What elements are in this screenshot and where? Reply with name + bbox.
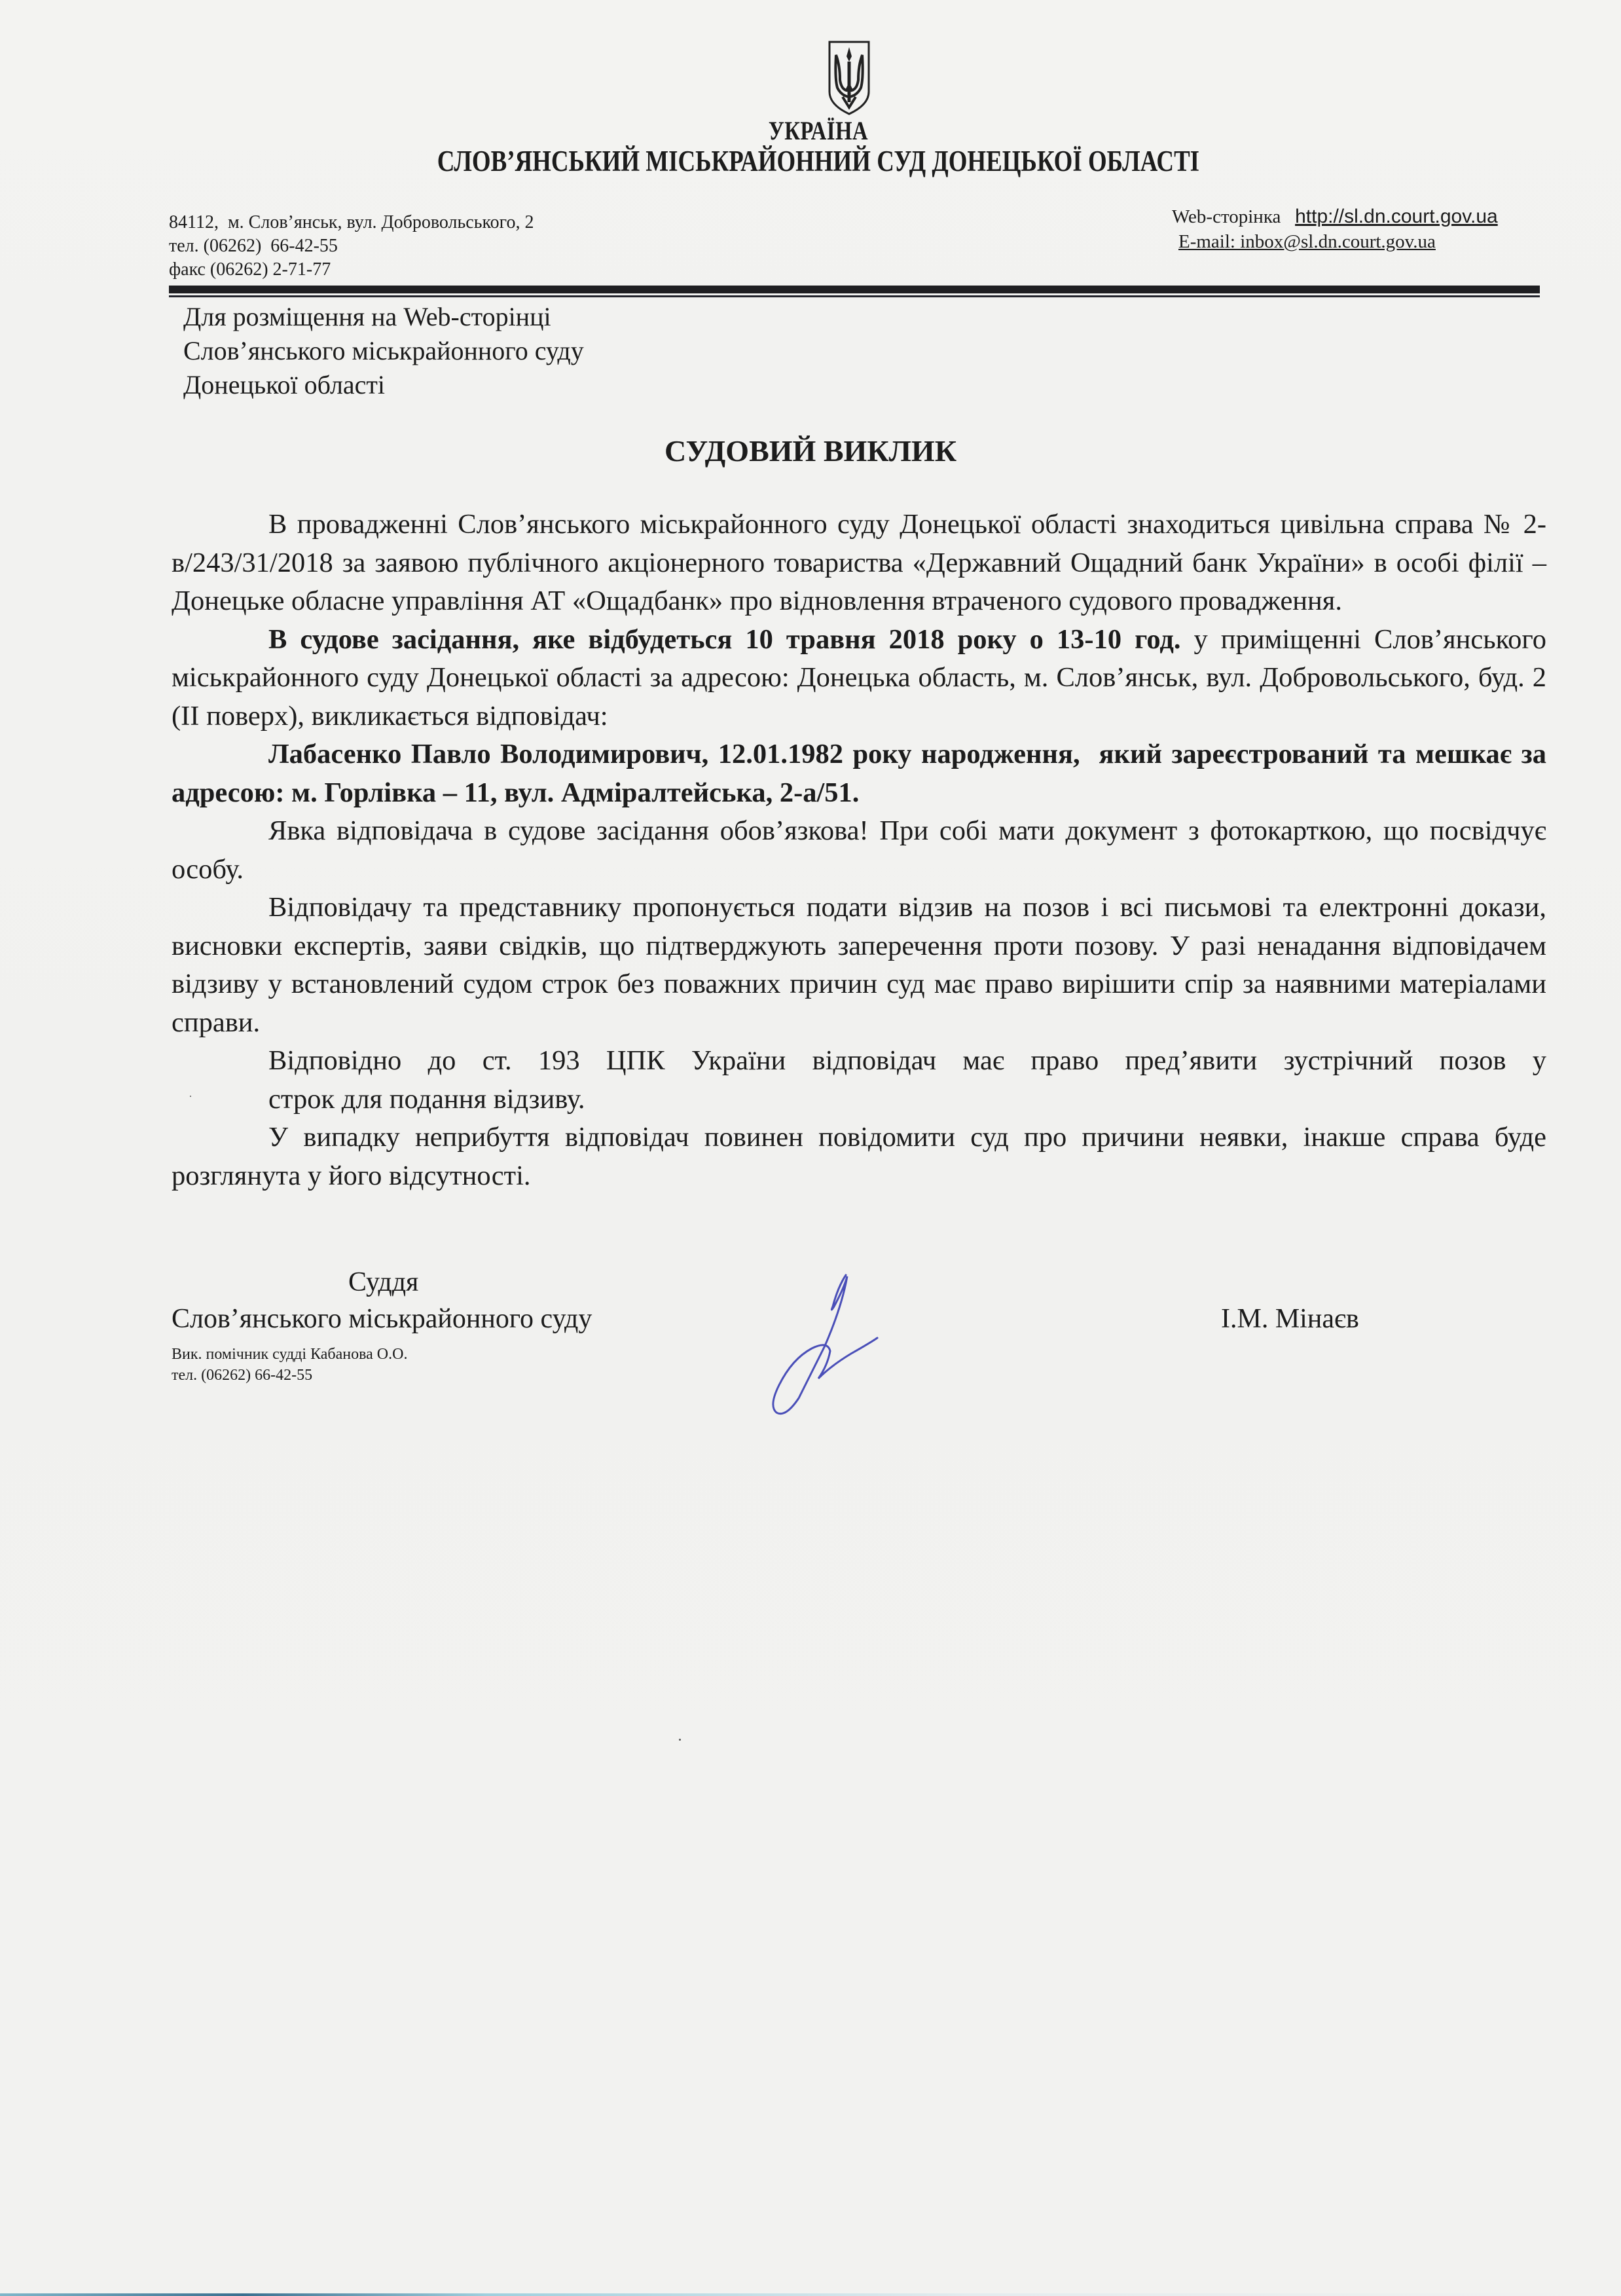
paragraph-response: Відповідачу та представнику пропонується… xyxy=(172,889,1546,1042)
court-phone: тел. (06262) 66-42-55 xyxy=(169,234,534,258)
paragraph-defendant: Лабасенко Павло Володимирович, 12.01.198… xyxy=(172,735,1546,812)
assistant-info: Вик. помічник судді Кабанова О.О. тел. (… xyxy=(172,1344,407,1386)
country-heading: УКРАЇНА xyxy=(154,115,1483,146)
scan-edge xyxy=(0,2293,1621,2296)
document-title: СУДОВИЙ ВИКЛИК xyxy=(0,434,1621,468)
judge-name: І.М. Мінаєв xyxy=(1221,1303,1359,1335)
judge-court: Слов’янського міськрайонного суду xyxy=(172,1303,592,1335)
recipient-line: Донецької області xyxy=(183,368,584,402)
assistant-phone: тел. (06262) 66-42-55 xyxy=(172,1365,407,1386)
paragraph-case-info: В провадженні Слов’янського міськрайонно… xyxy=(172,506,1546,621)
ukraine-trident-coat-of-arms-icon xyxy=(827,39,871,117)
assistant-name: Вик. помічник судді Кабанова О.О. xyxy=(172,1344,407,1365)
document-body: В провадженні Слов’янського міськрайонно… xyxy=(172,506,1546,1195)
paragraph-hearing: В судове засідання, яке відбудеться 10 т… xyxy=(172,621,1546,736)
paragraph-attendance: Явка відповідача в судове засідання обов… xyxy=(172,812,1546,889)
web-row: Web-сторінка http://sl.dn.court.gov.ua xyxy=(1172,204,1498,229)
recipient-block: Для розміщення на Web-сторінці Слов’янсь… xyxy=(183,300,584,402)
recipient-line: Для розміщення на Web-сторінці xyxy=(183,300,584,334)
counterclaim-line-2: строк для подання відзиву. xyxy=(268,1081,1546,1119)
paragraph-counterclaim: Відповідно до ст. 193 ЦПК України відпов… xyxy=(172,1042,1546,1119)
court-web-contacts: Web-сторінка http://sl.dn.court.gov.ua E… xyxy=(1172,204,1498,254)
handwritten-signature-icon xyxy=(759,1267,930,1424)
court-address: 84112, м. Слов’янськ, вул. Добровольсько… xyxy=(169,211,534,234)
scan-artifact xyxy=(190,1096,191,1097)
header-divider-thick xyxy=(169,286,1540,293)
court-summons-page: УКРАЇНА СЛОВ’ЯНСЬКИЙ МІСЬКРАЙОННИЙ СУД Д… xyxy=(0,0,1621,2296)
counterclaim-line-1: Відповідно до ст. 193 ЦПК України відпов… xyxy=(268,1042,1546,1081)
email-link[interactable]: E-mail: inbox@sl.dn.court.gov.ua xyxy=(1172,229,1498,254)
paragraph-absence: У випадку неприбуття відповідач повинен … xyxy=(172,1119,1546,1195)
hearing-date-time: В судове засідання, яке відбудеться 10 т… xyxy=(268,624,1180,655)
court-name-heading: СЛОВ’ЯНСЬКИЙ МІСЬКРАЙОННИЙ СУД ДОНЕЦЬКОЇ… xyxy=(154,144,1483,178)
court-contacts: 84112, м. Слов’янськ, вул. Добровольсько… xyxy=(169,211,534,282)
court-fax: факс (06262) 2-71-77 xyxy=(169,258,534,282)
website-link[interactable]: http://sl.dn.court.gov.ua xyxy=(1295,206,1498,227)
scan-artifact xyxy=(679,1739,681,1741)
judge-title: Суддя xyxy=(348,1267,418,1298)
web-label: Web-сторінка xyxy=(1172,206,1281,227)
recipient-line: Слов’янського міськрайонного суду xyxy=(183,334,584,368)
header-divider-thin xyxy=(169,295,1540,297)
